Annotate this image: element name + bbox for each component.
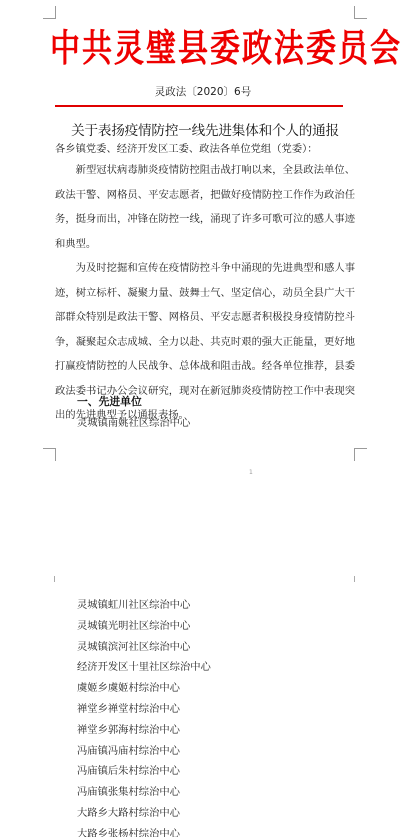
- unit-item: 灵城镇滨河社区综治中心: [77, 637, 211, 658]
- unit-item: 灵城镇光明社区综治中心: [77, 616, 211, 637]
- document-number: 灵政法〔2020〕6号: [0, 84, 406, 99]
- crop-mark-page2-right: [354, 576, 355, 582]
- crop-mark-page2-left: [54, 576, 55, 582]
- crop-mark-top-right: [354, 6, 367, 19]
- unit-list: 灵城镇虹川社区综治中心 灵城镇光明社区综治中心 灵城镇滨河社区综治中心 经济开发…: [77, 595, 211, 837]
- crop-mark-top-left: [43, 6, 56, 19]
- unit-item: 冯庙镇冯庙村综治中心: [77, 741, 211, 762]
- unit-item: 冯庙镇张集村综治中心: [77, 782, 211, 803]
- page-number: 1: [249, 469, 253, 476]
- paragraph-1: 新型冠状病毒肺炎疫情防控阻击战打响以来，全县政法单位、政法干警、网格员、平安志愿…: [55, 158, 355, 256]
- unit-item: 灵城镇南姚社区综治中心: [77, 414, 190, 429]
- body-text: 新型冠状病毒肺炎疫情防控阻击战打响以来，全县政法单位、政法干警、网格员、平安志愿…: [55, 158, 355, 428]
- red-divider-line: [55, 105, 343, 107]
- crop-mark-bottom-left: [43, 448, 56, 461]
- unit-item: 大路乡张杨村综治中心: [77, 824, 211, 837]
- unit-item: 冯庙镇后朱村综治中心: [77, 761, 211, 782]
- unit-item: 大路乡大路村综治中心: [77, 803, 211, 824]
- document-title: 关于表扬疫情防控一线先进集体和个人的通报: [40, 119, 370, 139]
- crop-mark-bottom-right: [354, 448, 367, 461]
- section-heading: 一、先进单位: [77, 394, 142, 409]
- unit-item: 虞姬乡虞姬村综治中心: [77, 678, 211, 699]
- unit-item: 灵城镇虹川社区综治中心: [77, 595, 211, 616]
- addressee-line: 各乡镇党委、经济开发区工委、政法各单位党组（党委）：: [55, 140, 318, 155]
- unit-item: 禅堂乡郭海村综治中心: [77, 720, 211, 741]
- document-page: 中共灵璧县委政法委员会 灵政法〔2020〕6号 关于表扬疫情防控一线先进集体和个…: [0, 0, 406, 837]
- unit-item: 禅堂乡禅堂村综治中心: [77, 699, 211, 720]
- masthead-title: 中共灵璧县委政法委员会: [50, 22, 360, 77]
- unit-item: 经济开发区十里社区综治中心: [77, 657, 211, 678]
